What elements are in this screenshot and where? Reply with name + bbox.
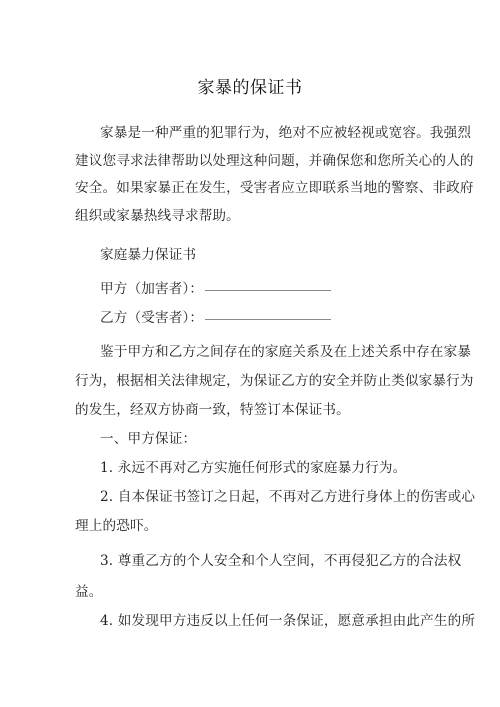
- party-b-label: 乙方（受害者）：: [100, 310, 203, 326]
- document-page: 家暴的保证书 家暴是一种严重的犯罪行为，绝对不应被轻视或宽容。我强烈 建议您寻求…: [0, 0, 500, 707]
- guarantee-item-2: 2. 自本保证书签订之日起，不再对乙方进行身体上的伤害或心: [100, 488, 427, 506]
- guarantee-item-3-cont: 益。: [75, 583, 427, 601]
- intro-line: 组织或家暴热线寻求帮助。: [75, 207, 427, 225]
- guarantee-item-1: 1. 永远不再对乙方实施任何形式的家庭暴力行为。: [100, 459, 427, 477]
- guarantee-item-3: 3. 尊重乙方的个人安全和个人空间，不再侵犯乙方的合法权: [100, 552, 427, 570]
- party-a-label: 甲方（加害者）：: [100, 281, 203, 297]
- preamble-line: 行为，根据相关法律规定，为保证乙方的安全并防止类似家暴行为: [75, 372, 427, 390]
- document-title: 家暴的保证书: [0, 73, 500, 98]
- intro-line: 建议您寻求法律帮助以处理这种问题，并确保您和您所关心的人的: [75, 152, 427, 170]
- guarantee-item-2-cont: 理上的恐吓。: [75, 517, 427, 535]
- intro-line: 家暴是一种严重的犯罪行为，绝对不应被轻视或宽容。我强烈: [100, 124, 427, 142]
- guarantee-item-4: 4. 如发现甲方违反以上任何一条保证，愿意承担由此产生的所: [100, 612, 427, 630]
- preamble-line: 鉴于甲方和乙方之间存在的家庭关系及在上述关系中存在家暴: [100, 343, 427, 361]
- section-heading: 一、甲方保证：: [100, 430, 427, 448]
- intro-line: 安全。如果家暴正在发生，受害者应立即联系当地的警察、非政府: [75, 179, 427, 197]
- party-a-blank-line: [205, 289, 331, 291]
- subtitle: 家庭暴力保证书: [100, 246, 427, 264]
- party-b-field: 乙方（受害者）：: [100, 309, 427, 327]
- party-b-blank-line: [205, 318, 331, 320]
- preamble-line: 的发生，经双方协商一致，特签订本保证书。: [75, 401, 427, 419]
- party-a-field: 甲方（加害者）：: [100, 280, 427, 298]
